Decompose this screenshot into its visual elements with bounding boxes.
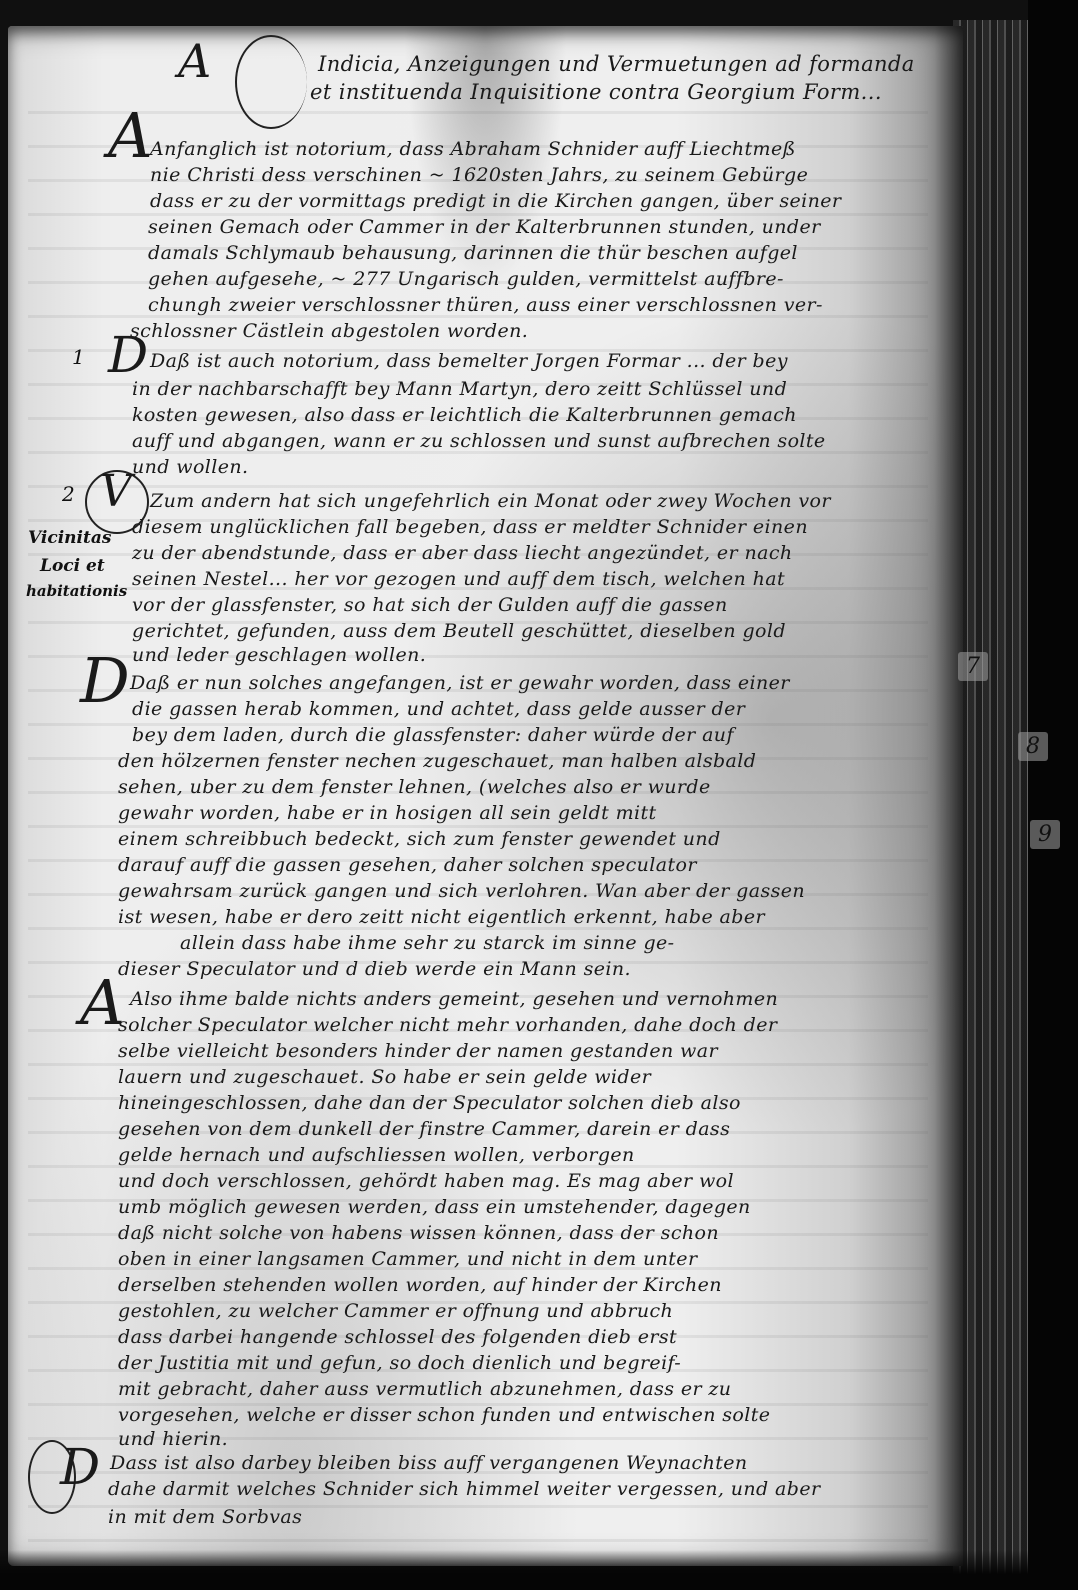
- item-number: 2: [62, 482, 75, 506]
- text-line: in mit dem Sorbvas: [108, 1506, 302, 1528]
- text-line: solcher Speculator welcher nicht mehr vo…: [118, 1014, 777, 1036]
- paragraph-initial: D: [108, 330, 148, 380]
- text-line: umb möglich gewesen werden, dass ein ums…: [118, 1196, 751, 1218]
- text-line: nie Christi dess verschinen ~ 1620sten J…: [150, 164, 808, 186]
- text-line: ist wesen, habe er dero zeitt nicht eige…: [118, 906, 765, 928]
- text-line: dieser Speculator und d dieb werde ein M…: [118, 958, 631, 980]
- text-line: und leder geschlagen wollen.: [132, 644, 426, 666]
- item-number: 1: [72, 345, 85, 369]
- text-line: diesem unglücklichen fall begeben, dass …: [132, 516, 808, 538]
- text-line: allein dass habe ihme sehr zu starck im …: [180, 932, 675, 954]
- text-line: Also ihme balde nichts anders gemeint, g…: [130, 988, 778, 1010]
- text-line: Anfanglich ist notorium, dass Abraham Sc…: [150, 138, 796, 160]
- text-line: Zum andern hat sich ungefehrlich ein Mon…: [150, 490, 831, 512]
- text-line: den hölzernen fenster nechen zugeschauet…: [118, 750, 756, 772]
- text-line: damals Schlymaub behausung, darinnen die…: [148, 242, 798, 264]
- text-line: gewahrsam zurück gangen und sich verlohr…: [118, 880, 805, 902]
- edge-tab-number: 9: [1030, 820, 1060, 849]
- text-line: mit gebracht, daher auss vermutlich abzu…: [118, 1378, 731, 1400]
- text-line: und wollen.: [132, 456, 248, 478]
- text-line: selbe vielleicht besonders hinder der na…: [118, 1040, 718, 1062]
- text-line: einem schreibbuch bedeckt, sich zum fens…: [118, 828, 721, 850]
- text-line: hineingeschlossen, dahe dan der Speculat…: [118, 1092, 741, 1114]
- text-line: gestohlen, zu welcher Cammer er offnung …: [118, 1300, 673, 1322]
- edge-tab-number: 8: [1018, 732, 1048, 761]
- text-line: dahe darmit welches Schnider sich himmel…: [108, 1478, 820, 1500]
- manuscript-scan: 7 8 9 A Indicia, Anzeigungen und Vermuet…: [0, 0, 1078, 1590]
- paragraph-initial: D: [80, 650, 130, 712]
- text-line: schlossner Cästlein abgestolen worden.: [130, 320, 528, 342]
- text-line: derselben stehenden wollen worden, auf h…: [118, 1274, 722, 1296]
- text-line: seinen Nestel... her vor gezogen und auf…: [132, 568, 785, 590]
- edge-tab-number: 7: [958, 652, 988, 681]
- page-marker: A: [178, 38, 211, 84]
- text-line: in der nachbarschafft bey Mann Martyn, d…: [132, 378, 787, 400]
- margin-note: Loci et: [40, 556, 105, 576]
- title-initial-flourish: [235, 35, 307, 129]
- text-line: der Justitia mit und gefun, so doch dien…: [118, 1352, 681, 1374]
- text-line: vorgesehen, welche er disser schon funde…: [118, 1404, 770, 1426]
- text-line: vor der glassfenster, so hat sich der Gu…: [132, 594, 728, 616]
- text-line: darauf auff die gassen gesehen, daher so…: [118, 854, 697, 876]
- paragraph-initial: V: [100, 470, 132, 514]
- text-line: sehen, uber zu dem fenster lehnen, (welc…: [118, 776, 711, 798]
- text-line: gehen aufgesehe, ~ 277 Ungarisch gulden,…: [148, 268, 784, 290]
- title-line: Indicia, Anzeigungen und Vermuetungen ad…: [318, 52, 915, 76]
- text-line: Daß ist auch notorium, dass bemelter Jor…: [150, 350, 788, 372]
- text-line: gerichtet, gefunden, auss dem Beutell ge…: [132, 620, 786, 642]
- title-line: et instituenda Inquisitione contra Georg…: [310, 80, 882, 104]
- paragraph-initial: A: [108, 105, 153, 167]
- text-line: chungh zweier verschlossner thüren, auss…: [148, 294, 823, 316]
- text-line: und doch verschlossen, gehördt haben mag…: [118, 1170, 734, 1192]
- text-line: und hierin.: [118, 1428, 228, 1450]
- margin-note: Vicinitas: [28, 528, 111, 548]
- text-line: lauern und zugeschauet. So habe er sein …: [118, 1066, 651, 1088]
- text-line: bey dem laden, durch die glassfenster: d…: [132, 724, 734, 746]
- text-line: zu der abendstunde, dass er aber dass li…: [132, 542, 793, 564]
- text-line: oben in einer langsamen Cammer, und nich…: [118, 1248, 697, 1270]
- text-line: gewahr worden, habe er in hosigen all se…: [118, 802, 657, 824]
- text-line: dass er zu der vormittags predigt in die…: [150, 190, 841, 212]
- paragraph-initial: D: [60, 1442, 100, 1492]
- text-line: Daß er nun solches angefangen, ist er ge…: [130, 672, 790, 694]
- text-line: die gassen herab kommen, und achtet, das…: [132, 698, 745, 720]
- margin-note: habitationis: [26, 582, 127, 600]
- text-line: dass darbei hangende schlossel des folge…: [118, 1326, 677, 1348]
- text-line: auff und abgangen, wann er zu schlossen …: [132, 430, 826, 452]
- text-line: gelde hernach und aufschliessen wollen, …: [118, 1144, 635, 1166]
- scan-border: [1028, 0, 1078, 1590]
- text-line: Dass ist also darbey bleiben biss auff v…: [110, 1452, 748, 1474]
- text-line: kosten gewesen, also dass er leichtlich …: [132, 404, 797, 426]
- text-line: daß nicht solche von habens wissen könne…: [118, 1222, 719, 1244]
- scan-bottom-shadow: [0, 1550, 1078, 1590]
- text-line: seinen Gemach oder Cammer in der Kalterb…: [148, 216, 821, 238]
- text-line: gesehen von dem dunkell der finstre Camm…: [118, 1118, 730, 1140]
